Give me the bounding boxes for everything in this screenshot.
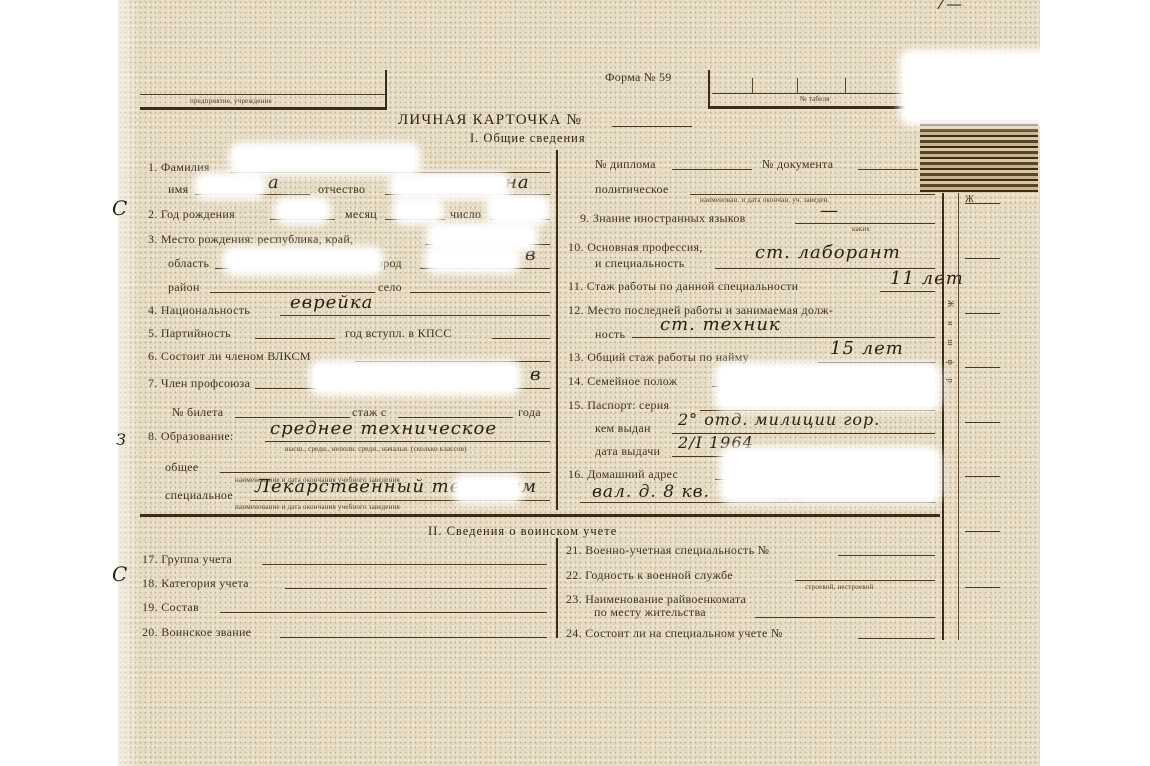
- special-education-field[interactable]: [250, 500, 550, 501]
- side-line: [965, 313, 1000, 314]
- birth-day-redaction: [492, 200, 544, 220]
- enterprise-line: [140, 94, 385, 95]
- nationality-field[interactable]: [280, 315, 550, 316]
- name-redaction: [200, 178, 260, 194]
- special-registration-field[interactable]: [858, 638, 935, 639]
- union-value: в: [530, 364, 541, 385]
- side-line: [965, 587, 1000, 588]
- label-military-rank: 20. Воинское звание: [142, 625, 251, 640]
- label-special-education: специальное: [165, 488, 233, 503]
- margin-mark: З: [116, 430, 127, 449]
- side-line: [965, 422, 1000, 423]
- name-value: а: [268, 172, 280, 193]
- label-district: район: [168, 280, 200, 295]
- corner-mark: 7—: [935, 0, 963, 13]
- party-year-field[interactable]: [492, 338, 550, 339]
- languages-value: —: [820, 200, 839, 221]
- label-education: 8. Образование:: [148, 429, 234, 444]
- side-line: [965, 531, 1000, 532]
- paper-edge-fade: [100, 0, 140, 766]
- patronymic-redaction: [395, 178, 505, 194]
- label-village: село: [378, 280, 402, 295]
- school-redaction: [458, 480, 518, 498]
- political-caption: наименован. и дата окончан. уч. заведен.: [700, 196, 829, 204]
- label-marital-status: 14. Семейное полож: [568, 374, 677, 389]
- name-field[interactable]: [195, 194, 310, 195]
- side-column-text: Ж и ш ф р: [946, 300, 955, 389]
- patronymic-value: на: [505, 172, 530, 193]
- party-field[interactable]: [255, 338, 335, 339]
- label-position: ность: [595, 327, 625, 342]
- tabel-tick: [752, 78, 753, 94]
- issued-by-value: 2° отд. милиции гор.: [678, 410, 880, 429]
- enterprise-caption: предприятие, учреждение: [190, 97, 272, 105]
- specialty-experience-value: 11 лет: [890, 268, 964, 289]
- birthplace-redaction: [432, 228, 532, 246]
- label-specialty-experience: 11. Стаж работы по данной специальности: [568, 279, 798, 294]
- label-birth-day: число: [450, 207, 481, 222]
- label-birth-month: месяц: [345, 207, 377, 222]
- page-title: ЛИЧНАЯ КАРТОЧКА №: [398, 112, 582, 129]
- center-divider: [556, 150, 558, 510]
- section-2-title: II. Сведения о воинском учете: [428, 524, 617, 539]
- birth-year-field[interactable]: [270, 219, 335, 220]
- total-experience-value: 15 лет: [830, 338, 904, 359]
- label-region: область: [168, 256, 209, 271]
- patronymic-field[interactable]: [385, 194, 550, 195]
- region-redaction: [228, 252, 378, 270]
- birth-month-field[interactable]: [385, 219, 445, 220]
- label-party: 5. Партийность: [148, 326, 231, 341]
- label-document: № документа: [762, 157, 833, 172]
- total-experience-field[interactable]: [818, 362, 935, 363]
- fitness-caption: строевой, нестроевой: [805, 583, 873, 591]
- languages-caption: каких: [852, 225, 870, 233]
- military-specialty-field[interactable]: [838, 555, 935, 556]
- military-office-field[interactable]: [755, 617, 935, 618]
- person-photo: [920, 118, 1038, 193]
- birth-year-redaction: [280, 203, 325, 219]
- label-nationality: 4. Национальность: [148, 303, 250, 318]
- general-education-field[interactable]: [220, 472, 550, 473]
- label-issue-date: дата выдачи: [595, 444, 660, 459]
- home-address-value: вал. д. 8 кв.: [592, 482, 710, 502]
- tabel-bracket: [708, 70, 710, 108]
- label-registration-category: 18. Категория учета: [142, 576, 249, 591]
- military-rank-field[interactable]: [280, 637, 547, 638]
- label-registration-group: 17. Группа учета: [142, 552, 232, 567]
- union-redaction: [315, 366, 515, 390]
- tabel-tick: [797, 78, 798, 94]
- margin-mark: С: [112, 196, 128, 220]
- issue-date-value: 2/I 1964: [678, 433, 754, 452]
- label-surname: 1. Фамилия: [148, 160, 210, 175]
- label-card-number: № билета: [172, 405, 223, 420]
- label-residence: по месту жительства: [594, 605, 706, 620]
- label-special-registration: 24. Состоит ли на специальном учете №: [566, 626, 783, 641]
- label-diploma: № диплома: [595, 157, 656, 172]
- education-caption: высш., средн., неполн. средн., начальн. …: [285, 445, 467, 453]
- side-line: [965, 203, 1000, 204]
- side-column-inner: [958, 190, 959, 640]
- tabel-underline: [708, 106, 913, 109]
- label-total-experience: 13. Общий стаж работы по найму: [568, 350, 749, 365]
- village-field[interactable]: [410, 292, 550, 293]
- label-komsomol: 6. Состоит ли членом ВЛКСМ: [148, 349, 311, 364]
- label-birthplace: 3. Место рождения: республика, край,: [148, 232, 353, 247]
- tabel-tick: [845, 78, 846, 94]
- side-line: [965, 258, 1000, 259]
- education-value: среднее техническое: [270, 418, 497, 439]
- card-number-line: [612, 126, 692, 127]
- section-1-title: I. Общие сведения: [470, 131, 586, 146]
- tabel-line: [712, 93, 912, 94]
- label-languages: 9. Знание иностранных языков: [580, 211, 746, 226]
- composition-field[interactable]: [220, 612, 547, 613]
- label-patronymic: отчество: [318, 182, 365, 197]
- city-redaction: [430, 252, 515, 268]
- label-composition: 19. Состав: [142, 600, 199, 615]
- label-birth-year: 2. Год рождения: [148, 207, 235, 222]
- registration-group-field[interactable]: [262, 564, 547, 565]
- margin-mark: С: [112, 562, 128, 586]
- label-issued-by: кем выдан: [595, 421, 651, 436]
- label-specialty: и специальность: [595, 256, 685, 271]
- label-military-specialty: 21. Военно-учетная специальность №: [566, 543, 769, 558]
- label-passport: 15. Паспорт: серия: [568, 398, 669, 413]
- side-column-border: [942, 190, 944, 640]
- address-redaction: [725, 452, 935, 498]
- photo-redaction: [905, 55, 1045, 120]
- form-number: Форма № 59: [605, 70, 672, 85]
- label-political: политическое: [595, 182, 669, 197]
- city-field[interactable]: [420, 268, 550, 269]
- side-line: [965, 367, 1000, 368]
- diploma-field[interactable]: [672, 169, 752, 170]
- label-home-address: 16. Домашний адрес: [568, 467, 678, 482]
- registration-category-field[interactable]: [285, 588, 547, 589]
- home-address-field-2[interactable]: [580, 502, 935, 503]
- birth-month-redaction: [398, 203, 438, 219]
- enterprise-bracket: [385, 70, 387, 110]
- nationality-value: еврейка: [290, 292, 373, 313]
- side-line: [965, 476, 1000, 477]
- label-name: имя: [168, 182, 188, 197]
- fitness-field[interactable]: [795, 580, 935, 581]
- komsomol-field[interactable]: [355, 361, 550, 362]
- profession-value: ст. лаборант: [755, 242, 901, 263]
- last-job-value: ст. техник: [660, 314, 781, 335]
- enterprise-underline: [140, 107, 385, 110]
- political-field[interactable]: [690, 194, 935, 195]
- label-party-year: год вступл. в КПСС: [345, 326, 452, 341]
- section-divider: [140, 514, 940, 517]
- surname-redaction: [235, 148, 415, 170]
- label-general-education: общее: [165, 460, 199, 475]
- section-2-divider: [556, 538, 558, 638]
- special-education-caption: наименование и дата окончания учебного з…: [235, 503, 400, 511]
- document-field[interactable]: [858, 169, 918, 170]
- education-field[interactable]: [265, 441, 550, 442]
- city-value: в: [525, 244, 536, 265]
- label-fitness: 22. Годность к военной службе: [566, 568, 733, 583]
- label-profession: 10. Основная профессия,: [568, 240, 703, 255]
- specialty-experience-field[interactable]: [880, 291, 935, 292]
- tabel-caption: № табеля: [800, 95, 830, 103]
- marital-passport-redaction: [720, 368, 935, 406]
- label-year: года: [518, 405, 541, 420]
- languages-field[interactable]: [795, 223, 935, 224]
- label-union: 7. Член профсоюза: [148, 376, 250, 391]
